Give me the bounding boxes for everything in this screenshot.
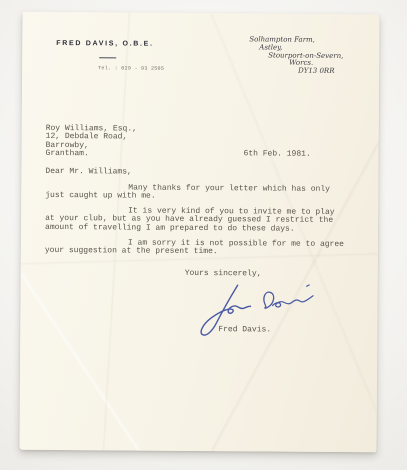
body-line: your suggestion at the present time. (45, 247, 344, 257)
salutation: Dear Mr. Williams, (45, 168, 131, 177)
letterhead-phone: Tel. : 029 - 93 2505 (98, 65, 164, 71)
letterhead-address: Solhampton Farm, Astley, Stourport-on-Se… (249, 36, 343, 76)
body-line: just caught up with me. (45, 192, 330, 202)
recipient-line: Grantham. (46, 150, 137, 159)
letterhead-rule (99, 57, 116, 58)
photo-background: FRED DAVIS, O.B.E. Tel. : 029 - 93 2505 … (0, 0, 407, 470)
typed-name: Fred Davis. (218, 326, 271, 335)
paragraph: Many thanks for your letter which has on… (45, 184, 330, 203)
recipient-address: Roy Williams, Esq., 12, Debdale Road, Ba… (46, 125, 137, 159)
body-line: amount of travelling I am prepared to do… (45, 224, 334, 234)
letter-date: 6th Feb. 1981. (244, 150, 311, 159)
letterhead-postcode: DY13 0RR (298, 68, 343, 76)
paragraph: I am sorry it is not possible for me to … (45, 239, 344, 258)
letter-paper: FRED DAVIS, O.B.E. Tel. : 029 - 93 2505 … (19, 12, 379, 452)
closing: Yours sincerely, (185, 270, 262, 279)
paragraph: It is very kind of you to invite me to p… (45, 207, 335, 234)
letterhead-name: FRED DAVIS, O.B.E. (56, 40, 153, 48)
